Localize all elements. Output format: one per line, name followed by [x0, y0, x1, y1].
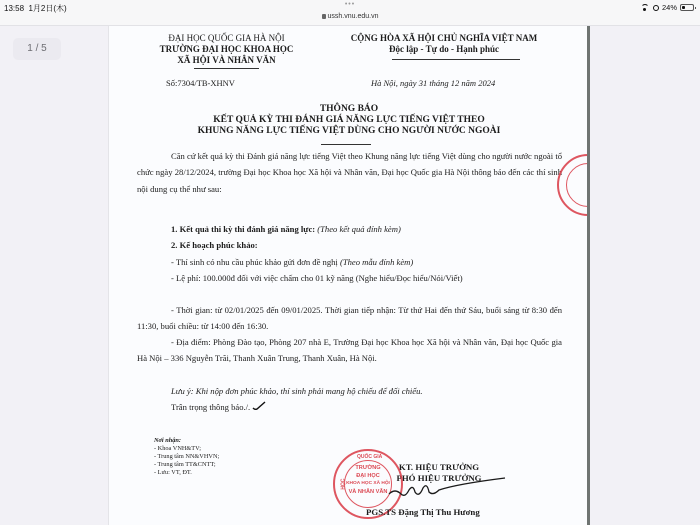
recipient-item: - Lưu: VT, ĐT.: [154, 469, 219, 477]
status-bar: 13:58 1月2日(木) ••• ussh.vnu.edu.vn 24%: [0, 0, 700, 26]
rotation-lock-icon: [653, 5, 659, 11]
closing-text: Trân trọng thông báo./.: [171, 402, 250, 412]
recipient-item: - Trung tâm TT&CNTT;: [154, 461, 219, 469]
recipient-item: - Khoa VNH&TV;: [154, 445, 219, 453]
subtitle-line1: KẾT QUẢ KỲ THI ĐÁNH GIÁ NĂNG LỰC TIẾNG V…: [109, 115, 589, 126]
note-line: Lưu ý: Khi nộp đơn phúc khảo, thí sinh p…: [137, 383, 562, 399]
recipients-title: Nơi nhận:: [154, 437, 219, 445]
recipient-item: - Trung tâm NN&VHVN;: [154, 453, 219, 461]
national-motto: Độc lập - Tự do - Hạnh phúc: [309, 44, 579, 55]
divider: [321, 144, 371, 145]
subtitle-line2: KHUNG NĂNG LỰC TIẾNG VIỆT DÙNG CHO NGƯỜI…: [109, 126, 589, 137]
issuer-name-line2: XÃ HỘI VÀ NHÂN VĂN: [134, 55, 319, 66]
page-indicator: 1 / 5: [13, 38, 61, 60]
document-title: THÔNG BÁO KẾT QUẢ KỲ THI ĐÁNH GIÁ NĂNG L…: [109, 104, 589, 137]
section-2-item-4: - Địa điểm: Phòng Đào tạo, Phòng 207 nhà…: [137, 334, 562, 367]
section-1-heading: 1. Kết quả thi kỳ thi đánh giá năng lực:: [171, 224, 315, 234]
url-text: ussh.vnu.edu.vn: [328, 13, 379, 20]
section-1: 1. Kết quả thi kỳ thi đánh giá năng lực:…: [137, 221, 562, 237]
handwritten-signature: [387, 474, 507, 504]
intro-paragraph: Căn cứ kết quả kỳ thi Đánh giá năng lực …: [137, 148, 562, 197]
issuer-header: ĐẠI HỌC QUỐC GIA HÀ NỘI TRƯỜNG ĐẠI HỌC K…: [134, 33, 319, 66]
recipients-list: Nơi nhận: - Khoa VNH&TV; - Trung tâm NN&…: [154, 437, 219, 477]
national-header: CỘNG HÒA XÃ HỘI CHỦ NGHĨA VIỆT NAM Độc l…: [309, 33, 579, 55]
divider: [392, 59, 520, 60]
stamp-line: TRƯỜNG: [335, 464, 401, 472]
divider: [194, 68, 259, 69]
item-text: - Thí sinh có nhu cầu phúc khảo gửi đơn …: [171, 257, 338, 267]
multitasking-dots-icon[interactable]: •••: [340, 2, 360, 8]
section-2-item-2: - Lệ phí: 100.000đ đối với việc chấm cho…: [137, 270, 562, 286]
checkmark-icon: [252, 401, 266, 411]
date-line: Hà Nội, ngày 31 tháng 12 năm 2024: [371, 78, 495, 88]
battery-icon: [680, 4, 694, 11]
signer-name: PGS.TS Đặng Thị Thu Hương: [366, 507, 480, 517]
lock-icon: [322, 14, 326, 19]
document-page[interactable]: ĐẠI HỌC QUỐC GIA HÀ NỘI TRƯỜNG ĐẠI HỌC K…: [108, 26, 589, 525]
wifi-icon: [640, 4, 650, 11]
section-2-heading: 2. Kế hoạch phúc khảo:: [137, 237, 562, 253]
title-line: THÔNG BÁO: [109, 104, 589, 115]
status-icons: 24%: [640, 3, 694, 12]
stamp-ring-text: QUỐC GIA: [357, 454, 382, 460]
section-2-item-3: - Thời gian: từ 02/01/2025 đến 09/01/202…: [137, 302, 562, 335]
national-title: CỘNG HÒA XÃ HỘI CHỦ NGHĨA VIỆT NAM: [309, 33, 579, 44]
issuer-name-line1: TRƯỜNG ĐẠI HỌC KHOA HỌC: [134, 44, 319, 55]
section-1-note: (Theo kết quả đính kèm): [317, 224, 401, 234]
page-divider: [587, 26, 590, 525]
issuer-parent: ĐẠI HỌC QUỐC GIA HÀ NỘI: [134, 33, 319, 44]
battery-percent: 24%: [662, 3, 677, 12]
status-time: 13:58 1月2日(木): [4, 3, 67, 14]
document-number: Số:7304/TB-XHNV: [166, 78, 235, 88]
section-2-item-1: - Thí sinh có nhu cầu phúc khảo gửi đơn …: [137, 254, 562, 270]
item-note: (Theo mẫu đính kèm): [340, 257, 413, 267]
closing-line: Trân trọng thông báo./.: [137, 399, 562, 415]
address-bar[interactable]: ussh.vnu.edu.vn: [300, 13, 400, 20]
